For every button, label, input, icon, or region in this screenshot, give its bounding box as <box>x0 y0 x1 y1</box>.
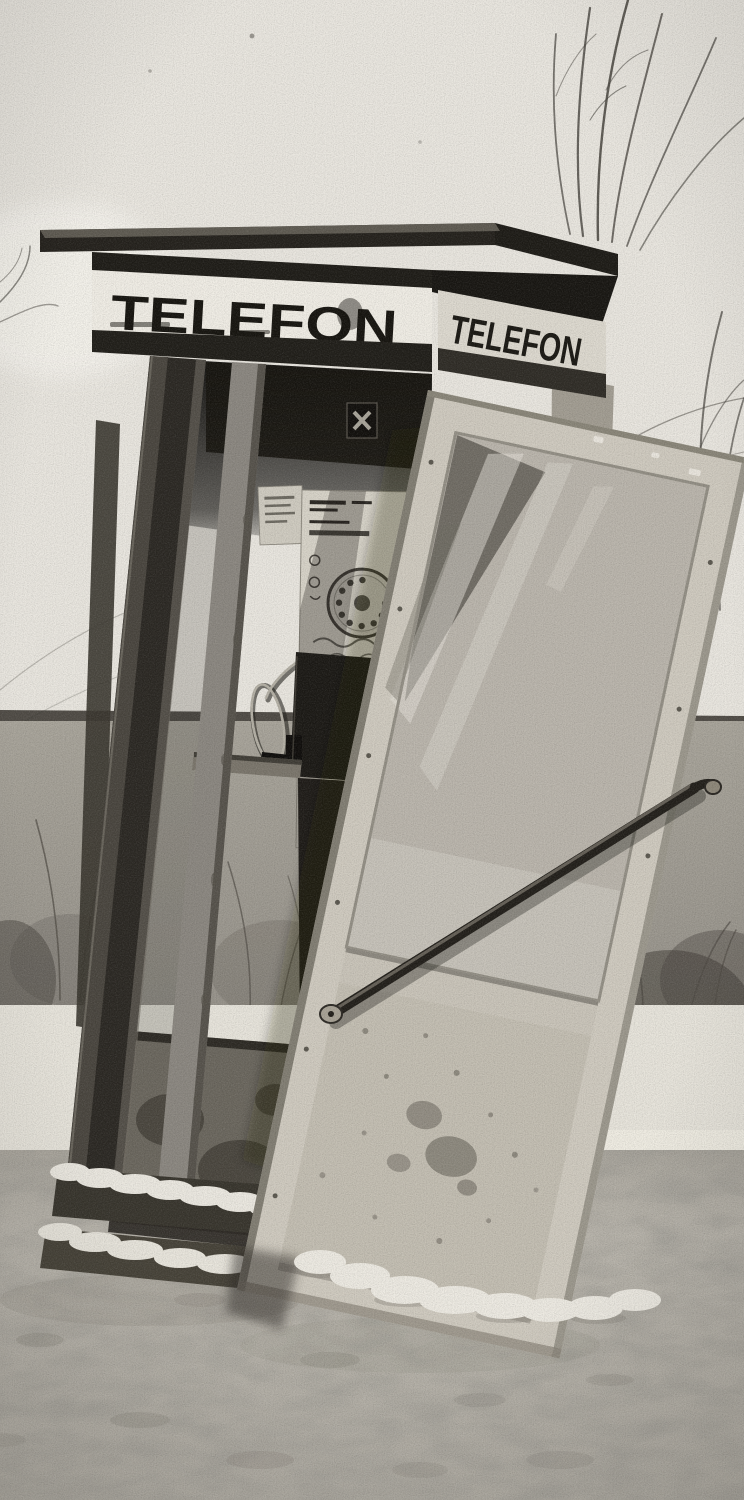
photograph-telephone-booth: TELEFON TELEFON <box>0 0 744 1500</box>
film-grain <box>0 0 744 1500</box>
photo-canvas: TELEFON TELEFON <box>0 0 744 1500</box>
vignette <box>0 0 744 1500</box>
